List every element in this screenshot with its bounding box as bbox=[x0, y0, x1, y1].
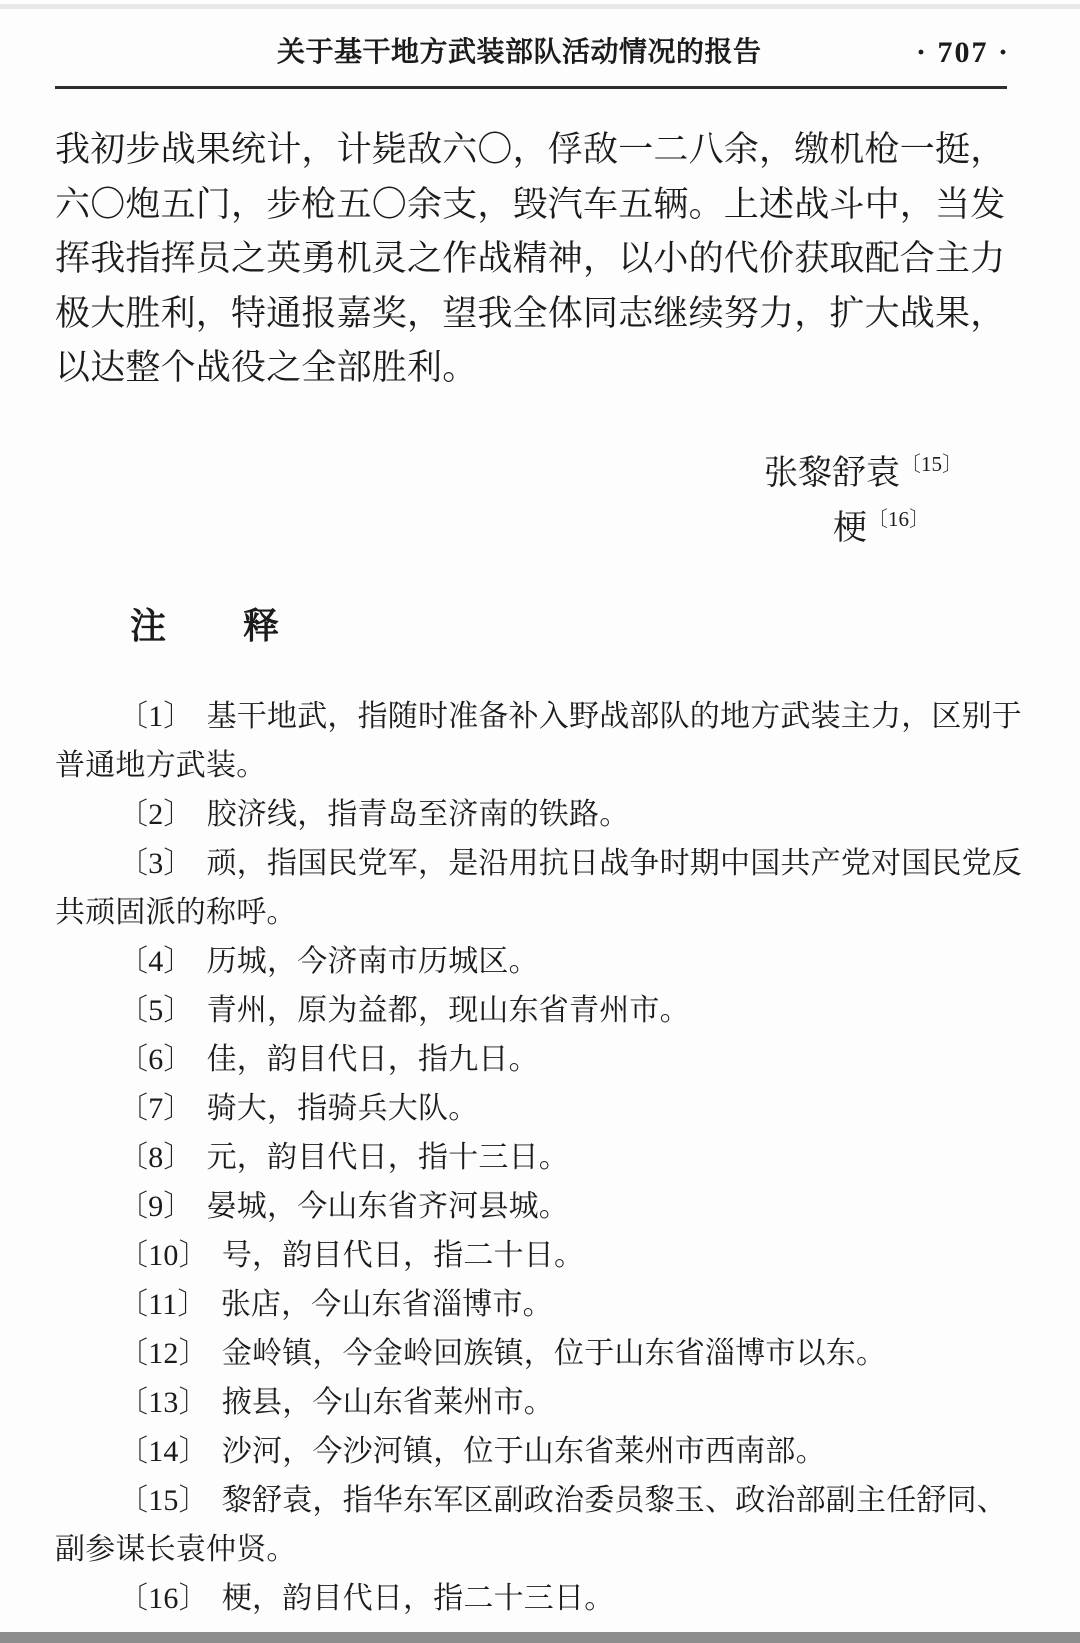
note-text: 张店，今山东省淄博市。 bbox=[221, 1288, 553, 1321]
note-item-1: 〔1〕基干地武，指随时准备补入野战部队的地方武装主力，区别于 bbox=[55, 692, 1025, 741]
body-line: 我初步战果统计，计毙敌六〇，俘敌一二八余，缴机枪一挺， bbox=[55, 123, 1015, 178]
notes-list: 〔1〕基干地武，指随时准备补入野战部队的地方武装主力，区别于 普通地方武装。 〔… bbox=[55, 692, 1025, 1623]
top-strip-divider bbox=[0, 4, 1080, 9]
note-text: 骑大，指骑兵大队。 bbox=[207, 1092, 479, 1125]
header-rule bbox=[55, 86, 1007, 89]
note-number: 〔2〕 bbox=[118, 798, 194, 831]
body-paragraph: 我初步战果统计，计毙敌六〇，俘敌一二八余，缴机枪一挺， 六〇炮五门，步枪五〇余支… bbox=[55, 123, 1015, 396]
note-item-13: 〔13〕掖县，今山东省莱州市。 bbox=[55, 1378, 1025, 1427]
body-line: 极大胜利，特通报嘉奖，望我全体同志继续努力，扩大战果， bbox=[55, 287, 1015, 342]
signature-names-text: 张黎舒袁 bbox=[764, 455, 900, 492]
note-item-16: 〔16〕梗，韵目代日，指二十三日。 bbox=[55, 1574, 1025, 1623]
note-number: 〔1〕 bbox=[118, 700, 194, 733]
note-item-15-continuation: 副参谋长袁仲贤。 bbox=[55, 1525, 1025, 1574]
note-text: 胶济线，指青岛至济南的铁路。 bbox=[207, 798, 630, 831]
note-number: 〔4〕 bbox=[118, 945, 194, 978]
note-item-6: 〔6〕佳，韵目代日，指九日。 bbox=[55, 1035, 1025, 1084]
page-number: · 707 · bbox=[916, 34, 1010, 72]
note-item-7: 〔7〕骑大，指骑兵大队。 bbox=[55, 1084, 1025, 1133]
notes-heading: 注释 bbox=[130, 604, 279, 648]
notes-heading-char-2: 释 bbox=[243, 606, 279, 646]
note-text: 掖县，今山东省莱州市。 bbox=[222, 1386, 554, 1419]
note-item-5: 〔5〕青州，原为益都，现山东省青州市。 bbox=[55, 986, 1025, 1035]
note-item-9: 〔9〕晏城，今山东省齐河县城。 bbox=[55, 1182, 1025, 1231]
note-text: 青州，原为益都，现山东省青州市。 bbox=[207, 994, 690, 1027]
note-text: 基干地武，指随时准备补入野战部队的地方武装主力，区别于 bbox=[207, 700, 1022, 733]
note-text: 金岭镇，今金岭回族镇，位于山东省淄博市以东。 bbox=[222, 1337, 886, 1370]
scanned-document-page: 关于基干地方武装部队活动情况的报告 · 707 · 我初步战果统计，计毙敌六〇，… bbox=[0, 0, 1080, 1643]
signature-second-text: 梗 bbox=[833, 510, 867, 547]
note-item-12: 〔12〕金岭镇，今金岭回族镇，位于山东省淄博市以东。 bbox=[55, 1329, 1025, 1378]
note-text: 元，韵目代日，指十三日。 bbox=[207, 1141, 569, 1174]
note-ref-15-superscript: 〔15〕 bbox=[900, 452, 963, 476]
note-number: 〔7〕 bbox=[118, 1092, 194, 1125]
note-item-4: 〔4〕历城，今济南市历城区。 bbox=[55, 937, 1025, 986]
note-item-10: 〔10〕号，韵目代日，指二十日。 bbox=[55, 1231, 1025, 1280]
note-item-1-continuation: 普通地方武装。 bbox=[55, 741, 1025, 790]
note-text: 历城，今济南市历城区。 bbox=[207, 945, 539, 978]
note-number: 〔13〕 bbox=[118, 1386, 209, 1419]
body-line: 挥我指挥员之英勇机灵之作战精神，以小的代价获取配合主力 bbox=[55, 232, 1015, 287]
note-number: 〔6〕 bbox=[118, 1043, 194, 1076]
note-number: 〔10〕 bbox=[118, 1239, 209, 1272]
note-text: 号，韵目代日，指二十日。 bbox=[222, 1239, 584, 1272]
note-item-2: 〔2〕胶济线，指青岛至济南的铁路。 bbox=[55, 790, 1025, 839]
note-item-11: 〔11〕张店，今山东省淄博市。 bbox=[55, 1280, 1025, 1329]
note-number: 〔8〕 bbox=[118, 1141, 194, 1174]
note-number: 〔3〕 bbox=[118, 847, 194, 880]
note-number: 〔12〕 bbox=[118, 1337, 209, 1370]
note-item-8: 〔8〕元，韵目代日，指十三日。 bbox=[55, 1133, 1025, 1182]
body-line: 以达整个战役之全部胜利。 bbox=[55, 341, 1015, 396]
note-text: 梗，韵目代日，指二十三日。 bbox=[222, 1582, 615, 1615]
bottom-gray-bar bbox=[0, 1632, 1080, 1643]
note-text: 顽，指国民党军，是沿用抗日战争时期中国共产党对国民党反 bbox=[207, 847, 1022, 880]
note-item-15: 〔15〕黎舒袁，指华东军区副政治委员黎玉、政治部副主任舒同、 bbox=[55, 1476, 1025, 1525]
note-number: 〔15〕 bbox=[118, 1484, 209, 1517]
page-header: 关于基干地方武装部队活动情况的报告 · 707 · bbox=[55, 34, 1010, 72]
note-item-3-continuation: 共顽固派的称呼。 bbox=[55, 888, 1025, 937]
signature-names: 张黎舒袁〔15〕 bbox=[764, 452, 963, 499]
note-item-14: 〔14〕沙河，今沙河镇，位于山东省莱州市西南部。 bbox=[55, 1427, 1025, 1476]
note-text: 沙河，今沙河镇，位于山东省莱州市西南部。 bbox=[222, 1435, 826, 1468]
note-number: 〔16〕 bbox=[118, 1582, 209, 1615]
note-item-3: 〔3〕顽，指国民党军，是沿用抗日战争时期中国共产党对国民党反 bbox=[55, 839, 1025, 888]
note-text: 晏城，今山东省齐河县城。 bbox=[207, 1190, 569, 1223]
note-text: 黎舒袁，指华东军区副政治委员黎玉、政治部副主任舒同、 bbox=[222, 1484, 1007, 1517]
note-number: 〔11〕 bbox=[118, 1288, 208, 1321]
note-number: 〔5〕 bbox=[118, 994, 194, 1027]
note-text: 佳，韵目代日，指九日。 bbox=[207, 1043, 539, 1076]
note-number: 〔14〕 bbox=[118, 1435, 209, 1468]
signature-second-name: 梗〔16〕 bbox=[833, 507, 930, 554]
notes-heading-char-1: 注 bbox=[130, 606, 166, 646]
note-ref-16-superscript: 〔16〕 bbox=[867, 507, 930, 531]
note-number: 〔9〕 bbox=[118, 1190, 194, 1223]
report-title: 关于基干地方武装部队活动情况的报告 bbox=[277, 34, 762, 72]
body-line: 六〇炮五门，步枪五〇余支，毁汽车五辆。上述战斗中，当发 bbox=[55, 178, 1015, 233]
